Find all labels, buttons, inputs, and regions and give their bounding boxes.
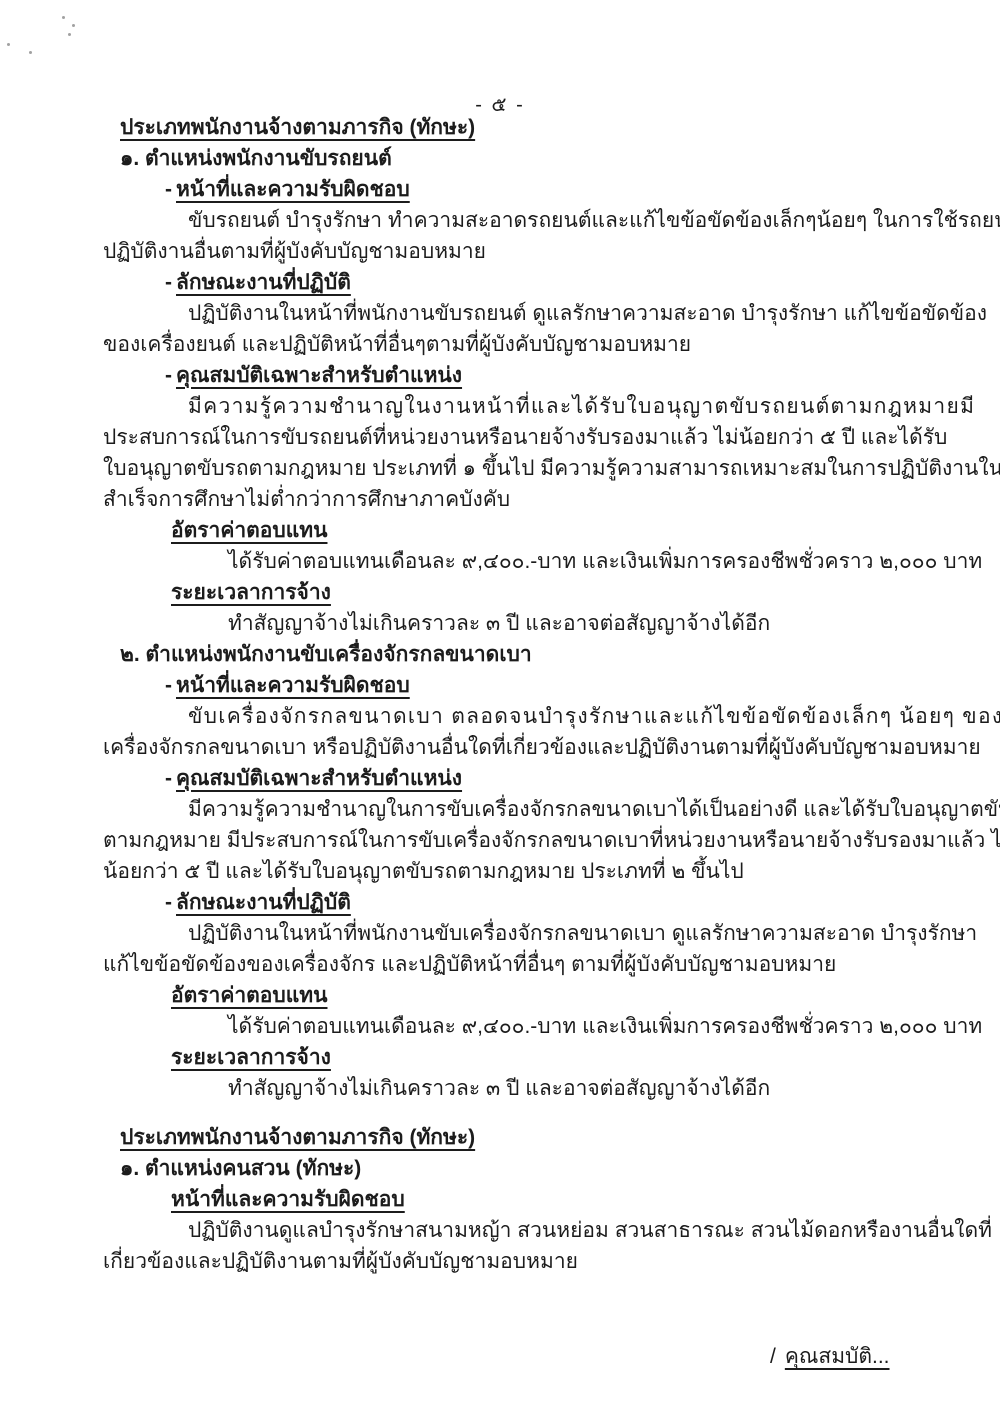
scanned-document-page: - ๕ - ประเภทพนักงานจ้างตามภารกิจ (ทักษะ)… bbox=[0, 0, 1000, 1428]
sub-heading: อัตราค่าตอบแทน bbox=[171, 515, 933, 546]
body-line: มีความรู้ความชำนาญในการขับเครื่องจักรกลข… bbox=[188, 794, 933, 825]
section-heading: ประเภทพนักงานจ้างตามภารกิจ (ทักษะ) bbox=[120, 1122, 933, 1153]
position-title: ๒. ตำแหน่งพนักงานขับเครื่องจักรกลขนาดเบา bbox=[120, 639, 933, 670]
dash: - bbox=[165, 271, 172, 294]
sub-heading: -หน้าที่และความรับผิดชอบ bbox=[165, 174, 933, 205]
sub-heading-text: ลักษณะงานที่ปฏิบัติ bbox=[176, 891, 351, 914]
body-line: ทำสัญญาจ้างไม่เกินคราวละ ๓ ปี และอาจต่อส… bbox=[228, 608, 933, 639]
body-line: ทำสัญญาจ้างไม่เกินคราวละ ๓ ปี และอาจต่อส… bbox=[228, 1073, 933, 1104]
sub-heading: -ลักษณะงานที่ปฏิบัติ bbox=[165, 267, 933, 298]
section-heading: ประเภทพนักงานจ้างตามภารกิจ (ทักษะ) bbox=[120, 112, 933, 143]
scan-speck bbox=[72, 24, 75, 27]
body-line: ปฏิบัติงานอื่นตามที่ผู้บังคับบัญชามอบหมา… bbox=[103, 236, 933, 267]
document-body: ประเภทพนักงานจ้างตามภารกิจ (ทักษะ)๑. ตำแ… bbox=[103, 112, 933, 1277]
sub-heading: -หน้าที่และความรับผิดชอบ bbox=[165, 670, 933, 701]
body-line: ปฏิบัติงานในหน้าที่พนักงานขับรถยนต์ ดูแล… bbox=[188, 298, 933, 329]
position-title: ๑. ตำแหน่งคนสวน (ทักษะ) bbox=[120, 1153, 933, 1184]
dash: - bbox=[165, 178, 172, 201]
sub-heading: ระยะเวลาการจ้าง bbox=[171, 577, 933, 608]
body-line: แก้ไขข้อขัดข้องของเครื่องจักร และปฏิบัติ… bbox=[103, 949, 933, 980]
sub-heading: -คุณสมบัติเฉพาะสำหรับตำแหน่ง bbox=[165, 360, 933, 391]
body-line: ปฏิบัติงานในหน้าที่พนักงานขับเครื่องจักร… bbox=[188, 918, 933, 949]
scan-speck bbox=[29, 51, 32, 54]
sub-heading-text: คุณสมบัติเฉพาะสำหรับตำแหน่ง bbox=[176, 767, 462, 790]
body-line: เครื่องจักรกลขนาดเบา หรือปฏิบัติงานอื่นใ… bbox=[103, 732, 933, 763]
sub-heading: ระยะเวลาการจ้าง bbox=[171, 1042, 933, 1073]
sub-heading: -คุณสมบัติเฉพาะสำหรับตำแหน่ง bbox=[165, 763, 933, 794]
sub-heading-text: หน้าที่และความรับผิดชอบ bbox=[176, 674, 410, 697]
dash: - bbox=[165, 891, 172, 914]
sub-heading-text: ลักษณะงานที่ปฏิบัติ bbox=[176, 271, 351, 294]
continuation-slash: / bbox=[770, 1345, 776, 1368]
scan-speck bbox=[62, 16, 65, 19]
body-line: ขับเครื่องจักรกลขนาดเบา ตลอดจนบำรุงรักษา… bbox=[188, 701, 933, 732]
position-title: ๑. ตำแหน่งพนักงานขับรถยนต์ bbox=[120, 143, 933, 174]
body-line: ขับรถยนต์ บำรุงรักษา ทำความสะอาดรถยนต์แล… bbox=[188, 205, 933, 236]
sub-heading-text: หน้าที่และความรับผิดชอบ bbox=[176, 178, 410, 201]
body-line: มีความรู้ความชำนาญในงานหน้าที่และได้รับใ… bbox=[188, 391, 933, 422]
continuation-text: คุณสมบัติ... bbox=[785, 1345, 890, 1368]
body-line: ตามกฎหมาย มีประสบการณ์ในการขับเครื่องจัก… bbox=[103, 825, 933, 856]
body-line: ปฏิบัติงานดูแลบำรุงรักษาสนามหญ้า สวนหย่อ… bbox=[188, 1215, 933, 1246]
sub-heading-text: คุณสมบัติเฉพาะสำหรับตำแหน่ง bbox=[176, 364, 462, 387]
body-line: สำเร็จการศึกษาไม่ต่ำกว่าการศึกษาภาคบังคั… bbox=[103, 484, 933, 515]
sub-heading: อัตราค่าตอบแทน bbox=[171, 980, 933, 1011]
body-line: ได้รับค่าตอบแทนเดือนละ ๙,๔๐๐.-บาท และเงิ… bbox=[228, 1011, 933, 1042]
dash: - bbox=[165, 364, 172, 387]
scan-speck bbox=[68, 33, 71, 36]
body-line: ของเครื่องยนต์ และปฏิบัติหน้าที่อื่นๆตาม… bbox=[103, 329, 933, 360]
continuation-footer: /คุณสมบัติ... bbox=[770, 1340, 890, 1373]
body-line: ประสบการณ์ในการขับรถยนต์ที่หน่วยงานหรือน… bbox=[103, 422, 933, 453]
dash: - bbox=[165, 674, 172, 697]
scan-speck bbox=[7, 43, 10, 46]
sub-heading: -ลักษณะงานที่ปฏิบัติ bbox=[165, 887, 933, 918]
body-line: เกี่ยวข้องและปฏิบัติงานตามที่ผู้บังคับบั… bbox=[103, 1246, 933, 1277]
sub-heading: หน้าที่และความรับผิดชอบ bbox=[171, 1184, 933, 1215]
body-line: ได้รับค่าตอบแทนเดือนละ ๙,๔๐๐.-บาท และเงิ… bbox=[228, 546, 933, 577]
body-line: ใบอนุญาตขับรถตามกฎหมาย ประเภทที่ ๑ ขึ้นไ… bbox=[103, 453, 933, 484]
body-line: น้อยกว่า ๕ ปี และได้รับใบอนุญาตขับรถตามก… bbox=[103, 856, 933, 887]
dash: - bbox=[165, 767, 172, 790]
